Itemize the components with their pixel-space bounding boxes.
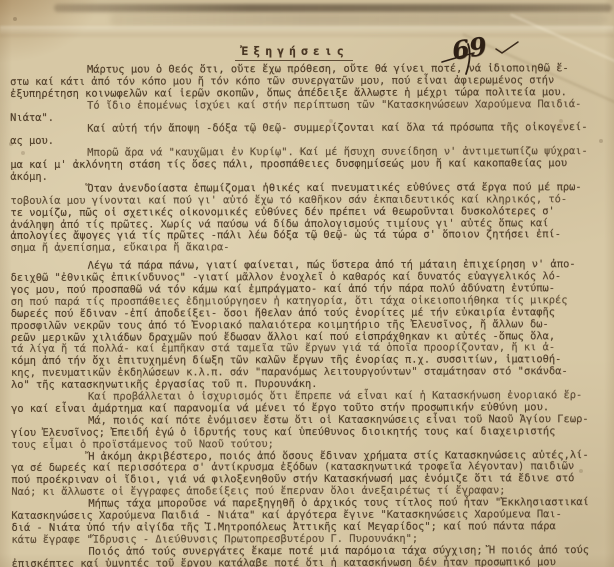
document-title: Ἐξηγήσεις <box>235 44 352 61</box>
text-line: τοβουλία μου γίνονται καί πού γι' αὐτό ἔ… <box>10 194 607 208</box>
text-line: Ναό; κι ἄλλωστε οἱ ἔγγραφες ἀποδείξεις π… <box>11 485 608 499</box>
text-line: τους εἶμαι ὁ προϊστάμενος τοῦ Ναοῦ τούτο… <box>11 438 608 452</box>
text-line: ἀκόμη. <box>10 170 607 184</box>
paper-specks <box>0 0 2 2</box>
text-line: σημα ἤ ἀνεπίσημα, εὔκαιρα ἤ ἄκαιρα- <box>11 241 608 255</box>
text-line: γα σέ δωρεές καί περισσότερα σ' ἀντίκρυσ… <box>11 461 608 475</box>
text-line: ἐπισκέπτες καί ὑμνητές τοῦ ἔργου κατάλαβ… <box>12 557 609 567</box>
text-line: ση πού παρά τίς προσπάθειες ἐδημιούργησε… <box>11 295 608 309</box>
text-line: Μπορῶ ἄρα νά "καυχῶμαι ἐν Κυρίῳ". Καί μέ… <box>10 146 607 160</box>
text-line: στω καί κάτι ἀπό τόν κόπο μου ἤ τόν κόπο… <box>10 75 607 89</box>
text-line: κης, πνευματικῶν ἐκδηλώσεων κ.λ.π. σάν "… <box>11 366 608 380</box>
text-line: ἀνάληψη ἀπό τίς πρῶτες. Χωρίς νά παύσω ν… <box>10 218 607 232</box>
text-line: Τό ἴδιο ἑπομένως ἰσχύει καί στήν περίπτω… <box>10 99 607 113</box>
text-line: δειχθῶ "ἐθνικῶς ἐπικίνδυνος" -γιατί μᾶλλ… <box>11 271 608 285</box>
document-body: Μάρτυς μου ὁ Θεός ὅτι, οὔτε ἔχω πρόθεση,… <box>10 63 609 567</box>
text-line: τά λίγα ἤ τά πολλά- καί ἐμπῆκαν στά ταμε… <box>11 343 608 357</box>
scan-artifact-top-band <box>54 4 612 12</box>
text-line: προσφιλῶν νεκρῶν τους ἀπό τό Ἐνοριακό πα… <box>11 319 608 333</box>
text-line: Καί αὐτή τήν ἄποψη -δόξα τῷ Θεῷ- συμμερί… <box>10 123 607 137</box>
text-line: Καί προβάλλεται ὁ ἰσχυρισμός ὅτι ἔπρεπε … <box>11 390 608 404</box>
text-line: κάτω ἔγραφε "Ἵδρυσις - Διεύθυνσις Πρωτοπ… <box>11 533 608 547</box>
text-line: Μά, ποιός καί πότε ἐνόμισεν ἔστω ὅτι οἱ … <box>11 414 608 428</box>
text-line: Κατασκηνώσεις Χαρούμενα Παιδιά - Νιάτα" … <box>11 509 608 523</box>
scanned-document-page: Ἐξηγήσεις 69 Μάρτυς μου ὁ Θεός ὅτι, οὔτε… <box>0 0 614 567</box>
